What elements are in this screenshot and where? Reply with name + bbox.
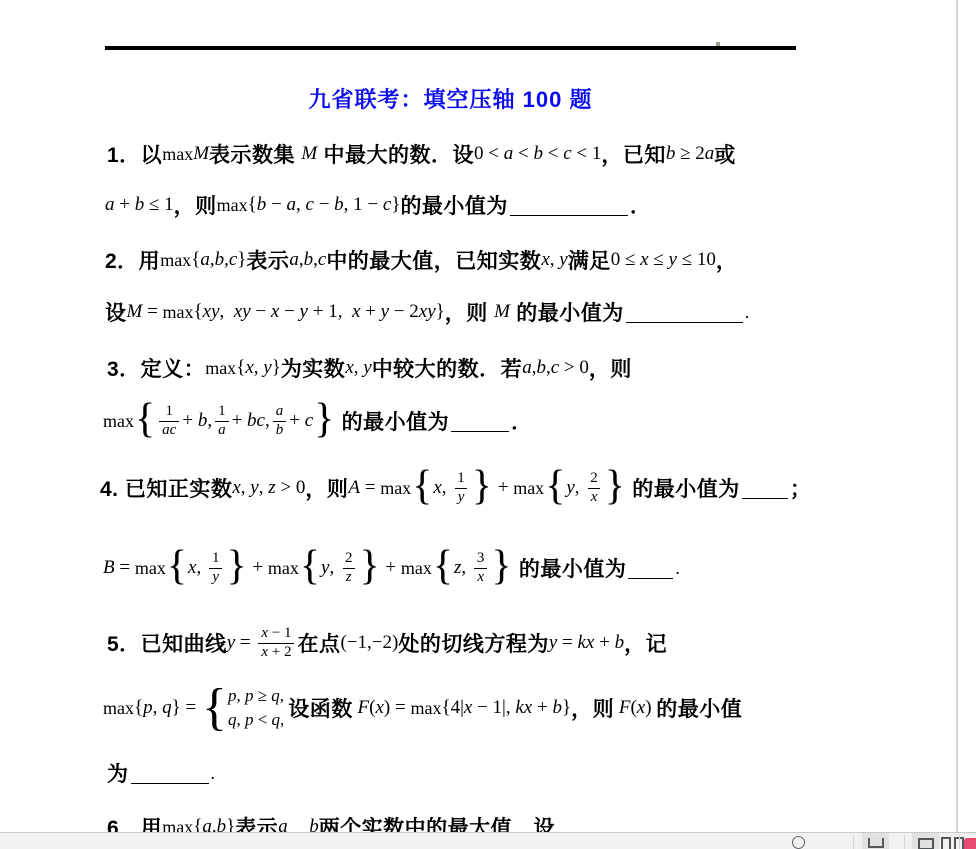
math-run: a,b,c bbox=[289, 249, 326, 271]
math-operator: max bbox=[268, 558, 299, 579]
status-bar bbox=[0, 832, 976, 849]
math-operator: . bbox=[675, 558, 680, 579]
math-run: a,b,c > 0 bbox=[522, 357, 589, 379]
math-run: 0 ≤ x ≤ y ≤ 10 bbox=[611, 249, 716, 271]
math-operator: max bbox=[160, 250, 191, 271]
math-run: {4|x − 1|, kx + b} bbox=[441, 697, 571, 719]
math-run: + bbox=[381, 557, 401, 579]
web-layout-view-button[interactable] bbox=[912, 832, 939, 849]
text-run: 的最小值为 bbox=[510, 297, 624, 327]
fraction: 2z bbox=[342, 550, 356, 586]
math-operator: max bbox=[162, 144, 193, 165]
answer-blank bbox=[626, 320, 743, 323]
math-run: + bbox=[493, 477, 513, 499]
case-row: q, p < q, bbox=[228, 710, 284, 730]
text-run: 的最小值为 bbox=[400, 190, 508, 220]
problem-3-line-1: 3．定义：max{x, y}为实数x, y中较大的数．若a,b,c > 0，则 bbox=[107, 353, 632, 383]
document-page: 九省联考：填空压轴 100 题 1．以maxM表示数集 M 中最大的数．设0 <… bbox=[0, 0, 976, 849]
math-run: + b, bbox=[182, 410, 212, 432]
big-brace: } bbox=[359, 545, 379, 587]
math-operator: max bbox=[135, 558, 166, 579]
two-page-view-icon[interactable] bbox=[941, 837, 964, 849]
math-run: x, y bbox=[345, 357, 371, 379]
math-run: M bbox=[494, 301, 510, 323]
math-run: y, bbox=[321, 557, 339, 579]
big-brace: } bbox=[472, 465, 492, 507]
fraction-denominator: y bbox=[455, 488, 468, 506]
fraction-numerator: 1 bbox=[454, 470, 468, 487]
text-run: 设函数 bbox=[288, 693, 353, 723]
statusbar-separator bbox=[904, 835, 905, 849]
fraction-numerator: 2 bbox=[587, 470, 601, 487]
math-run: F(x) bbox=[614, 697, 656, 719]
math-operator: max bbox=[380, 478, 411, 499]
text-run: ，则 bbox=[589, 353, 632, 383]
text-run: ，则 bbox=[174, 190, 217, 220]
math-run: 0 < a < b < c < 1 bbox=[474, 143, 601, 165]
text-run: 中最大的数．设 bbox=[317, 139, 474, 169]
math-operator: max bbox=[401, 558, 432, 579]
statusbar-separator bbox=[853, 835, 854, 849]
big-brace: } bbox=[314, 398, 334, 440]
math-run: + bbox=[248, 557, 268, 579]
big-brace: { bbox=[412, 465, 432, 507]
math-run: {x, y} bbox=[236, 357, 281, 379]
fraction-numerator: 2 bbox=[342, 550, 356, 567]
answer-blank bbox=[510, 213, 628, 216]
math-run: {p, q} = bbox=[134, 697, 201, 719]
big-brace: { bbox=[202, 682, 227, 734]
answer-blank bbox=[451, 429, 509, 432]
page-edge-line bbox=[956, 0, 958, 833]
fraction: 3x bbox=[474, 550, 488, 586]
fraction-numerator: x − 1 bbox=[258, 625, 294, 642]
fraction-denominator: x + 2 bbox=[258, 643, 294, 661]
big-brace: } bbox=[226, 545, 246, 587]
text-run: 表示 bbox=[246, 245, 289, 275]
problem-5-line-2: max{p, q} = {p, p ≥ q,q, p < q,设函数 F(x) … bbox=[103, 679, 742, 737]
fraction: ab bbox=[273, 403, 287, 439]
fraction: 1ac bbox=[159, 403, 179, 439]
fraction-denominator: z bbox=[343, 568, 355, 586]
text-run: 在点 bbox=[297, 628, 340, 658]
text-run: ， bbox=[716, 245, 738, 275]
math-operator: max bbox=[217, 195, 248, 216]
text-run: 4. 已知正实数 bbox=[100, 473, 232, 503]
fraction-numerator: 1 bbox=[215, 403, 229, 420]
text-run: 1．以 bbox=[107, 139, 162, 169]
big-brace: } bbox=[491, 545, 511, 587]
math-run: F(x) = bbox=[353, 697, 411, 719]
fraction-numerator: 3 bbox=[474, 550, 488, 567]
text-run: 设 bbox=[105, 297, 127, 327]
fraction-denominator: x bbox=[474, 568, 487, 586]
math-run: M = bbox=[127, 301, 163, 323]
fraction: 1y bbox=[454, 470, 468, 506]
math-run: y = bbox=[227, 632, 256, 654]
math-run: x, y, z > 0 bbox=[232, 477, 305, 499]
header-artifact-speck bbox=[716, 42, 720, 46]
math-operator: max bbox=[410, 698, 441, 719]
text-run: 满足 bbox=[568, 245, 611, 275]
text-run: ． bbox=[630, 190, 652, 220]
fraction: 1a bbox=[215, 403, 229, 439]
statusbar-separator bbox=[959, 835, 960, 849]
problem-2-line-1: 2．用max{a,b,c}表示a,b,c中的最大值，已知实数x, y满足0 ≤ … bbox=[105, 245, 737, 275]
math-run: x, y bbox=[541, 249, 567, 271]
math-run: (−1,−2) bbox=[340, 632, 398, 654]
math-run: {xy, xy − x − y + 1, x + y − 2xy} bbox=[194, 301, 445, 323]
text-run: ，记 bbox=[624, 628, 667, 658]
fraction-numerator: 1 bbox=[209, 550, 223, 567]
text-run: ，则 bbox=[571, 693, 614, 723]
math-operator: max bbox=[103, 411, 134, 432]
fraction-denominator: a bbox=[215, 421, 229, 439]
text-run: 中较大的数．若 bbox=[372, 353, 523, 383]
web-layout-icon bbox=[918, 838, 934, 849]
problem-1-line-1: 1．以maxM表示数集 M 中最大的数．设0 < a < b < c < 1，已… bbox=[107, 139, 736, 169]
big-brace: { bbox=[433, 545, 453, 587]
problem-4-line-2: B = max{x, 1y} + max{y, 2z} + max{z, 3x}… bbox=[103, 539, 680, 597]
answer-blank bbox=[628, 576, 673, 579]
problem-3-line-2: max{1ac+ b,1a+ bc,ab+ c} 的最小值为． bbox=[103, 392, 533, 450]
big-brace: { bbox=[300, 545, 320, 587]
piecewise-cases: {p, p ≥ q,q, p < q, bbox=[201, 682, 284, 734]
page-layout-view-button[interactable] bbox=[862, 832, 889, 849]
fraction: x − 1x + 2 bbox=[258, 625, 294, 661]
math-run: + c bbox=[289, 410, 313, 432]
fraction-numerator: 1 bbox=[163, 403, 177, 420]
eye-protection-icon[interactable] bbox=[792, 836, 805, 849]
red-corner-icon[interactable] bbox=[964, 838, 976, 849]
math-run: z, bbox=[454, 557, 471, 579]
math-run: {b − a, c − b, 1 − c} bbox=[248, 194, 401, 216]
big-brace: { bbox=[135, 398, 155, 440]
header-rule bbox=[105, 46, 796, 50]
math-run: + bc, bbox=[232, 410, 270, 432]
text-run: 3．定义： bbox=[107, 353, 205, 383]
math-run: a + b ≤ 1 bbox=[105, 194, 174, 216]
fraction-numerator: a bbox=[273, 403, 287, 420]
big-brace: } bbox=[605, 465, 625, 507]
text-run: 为 bbox=[107, 758, 129, 788]
page-title: 九省联考：填空压轴 100 题 bbox=[105, 83, 796, 114]
page-layout-icon bbox=[868, 838, 884, 848]
text-run: 的最小值为 bbox=[626, 473, 740, 503]
text-run: ，已知 bbox=[601, 139, 666, 169]
text-run: 2．用 bbox=[105, 245, 160, 275]
text-run: 5．已知曲线 bbox=[107, 628, 227, 658]
math-operator: max bbox=[205, 358, 236, 379]
text-run: ． bbox=[511, 406, 533, 436]
big-brace: { bbox=[167, 545, 187, 587]
math-run: B = bbox=[103, 557, 135, 579]
math-run: y, bbox=[566, 477, 584, 499]
text-run: 为实数 bbox=[281, 353, 346, 383]
math-operator: . bbox=[745, 302, 750, 323]
math-run: M bbox=[193, 143, 209, 165]
problem-5-line-1: 5．已知曲线y = x − 1x + 2在点(−1,−2)处的切线方程为y = … bbox=[107, 614, 667, 672]
math-run: {a,b,c} bbox=[191, 249, 246, 271]
answer-blank bbox=[742, 496, 788, 499]
text-run: ； bbox=[790, 473, 812, 503]
text-run: 的最小值为 bbox=[513, 553, 627, 583]
math-operator: . bbox=[211, 763, 216, 784]
text-run: ，则 bbox=[445, 297, 494, 327]
math-operator: max bbox=[103, 698, 134, 719]
math-run: A = bbox=[348, 477, 380, 499]
problem-2-line-2: 设M = max{xy, xy − x − y + 1, x + y − 2xy… bbox=[105, 297, 749, 327]
math-run: b ≥ 2a bbox=[666, 143, 714, 165]
math-run: x, bbox=[188, 557, 206, 579]
math-operator: max bbox=[513, 478, 544, 499]
big-brace: { bbox=[545, 465, 565, 507]
fraction-denominator: ac bbox=[159, 421, 179, 439]
fraction-denominator: y bbox=[209, 568, 222, 586]
text-run: 或 bbox=[714, 139, 736, 169]
text-run: ，则 bbox=[305, 473, 348, 503]
math-run: M bbox=[301, 143, 317, 165]
answer-blank bbox=[131, 781, 209, 784]
fraction-denominator: b bbox=[273, 421, 287, 439]
fraction: 2x bbox=[587, 470, 601, 506]
problem-5-line-3: 为. bbox=[107, 758, 215, 788]
fraction: 1y bbox=[209, 550, 223, 586]
math-run: y = kx + b bbox=[549, 632, 624, 654]
text-run: 处的切线方程为 bbox=[398, 628, 549, 658]
problem-1-line-2: a + b ≤ 1，则max{b − a, c − b, 1 − c}的最小值为… bbox=[105, 190, 651, 220]
math-operator: max bbox=[163, 302, 194, 323]
problem-4-line-1: 4. 已知正实数x, y, z > 0，则A = max{x, 1y} + ma… bbox=[100, 459, 811, 517]
case-row: p, p ≥ q, bbox=[228, 686, 284, 706]
text-run: 的最小值为 bbox=[335, 406, 449, 436]
math-run: x, bbox=[433, 477, 451, 499]
fraction-denominator: x bbox=[588, 488, 601, 506]
text-run: 表示数集 bbox=[209, 139, 301, 169]
text-run: 的最小值 bbox=[656, 693, 742, 723]
text-run: 中的最大值，已知实数 bbox=[326, 245, 541, 275]
